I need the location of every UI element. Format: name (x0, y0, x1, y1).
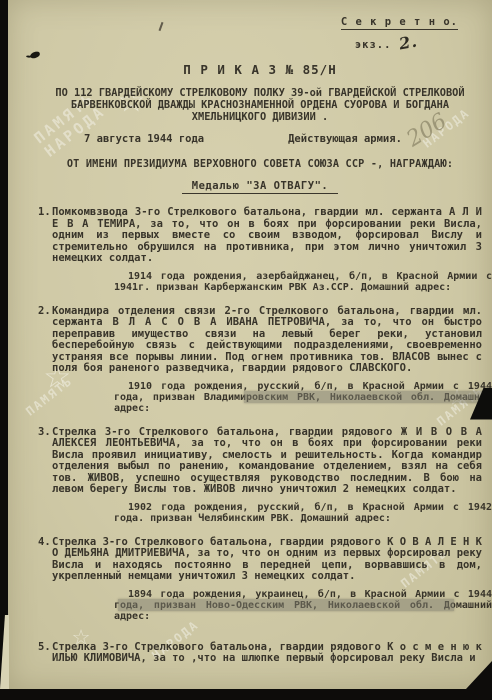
order-date: 7 августа 1944 года (84, 133, 204, 145)
copy-line: экз.. 2. (355, 33, 458, 52)
handwritten-copy-number: 2. (397, 32, 419, 54)
awardee-details: 1910 года рождения, русский, б/п, в Крас… (114, 381, 492, 414)
item-number: 5. (38, 642, 51, 654)
awardee-body: Стрелка 3-го Стрелкового батальона, гвар… (52, 642, 482, 665)
awardee-details: 1902 года рождения, русский, б/п, в Крас… (114, 502, 492, 524)
order-subtitle-line: ПО 112 ГВАРДЕЙСКОМУ СТРЕЛКОВОМУ ПОЛКУ 39… (38, 87, 482, 99)
item-number: 3. (38, 427, 51, 439)
order-subtitle-line: ХМЕЛЬНИЦКОГО ДИВИЗИИ . (38, 111, 482, 123)
redaction-bar (244, 391, 492, 403)
awardee-details: 1894 года рождения, украинец, б/п, в Кра… (114, 589, 492, 622)
preamble: ОТ ИМЕНИ ПРЕЗИДИУМА ВЕРХОВНОГО СОВЕТА СО… (38, 159, 482, 170)
awardee-body: Стрелка 3-го Стрелкового батальона, гвар… (52, 427, 482, 496)
award-item: 3. Стрелка 3-го Стрелкового батальона, г… (38, 427, 482, 524)
underlying-page-edge (0, 615, 9, 689)
item-number: 2. (38, 306, 51, 318)
award-item: 2. Командира отделения связи 2-го Стрелк… (38, 306, 482, 414)
order-subtitle: ПО 112 ГВАРДЕЙСКОМУ СТРЕЛКОВОМУ ПОЛКУ 39… (38, 87, 482, 123)
scanned-document-page: ☆ ПАМЯТЬНАРОДА НАРОДА ☆ ПАМЯТЬ ☆ ПАМЯТЬ … (0, 0, 492, 700)
item-number: 1. (38, 207, 51, 219)
document-content: С е к р е т н о. экз.. 2. 206 П Р И К А … (8, 0, 492, 689)
award-medal: Медалью "ЗА ОТВАГУ". (182, 180, 338, 194)
pen-mark (159, 22, 164, 31)
redaction-bar (118, 599, 454, 611)
award-item: 1. Помкомвзвода 3-го Стрелкового батальо… (38, 207, 482, 293)
copy-label: экз.. (355, 39, 392, 51)
army-note: Действующая армия. (288, 133, 402, 145)
item-number: 4. (38, 537, 51, 549)
award-item: 4. Стрелка 3-го Стрелкового батальона, г… (38, 537, 482, 622)
classification-block: С е к р е т н о. экз.. 2. (341, 16, 458, 52)
classification-stamp: С е к р е т н о. (341, 16, 458, 30)
award-item: 5. Стрелка 3-го Стрелкового батальона, г… (38, 642, 482, 665)
award-line: Медалью "ЗА ОТВАГУ". (38, 180, 482, 194)
order-subtitle-line: БАРВЕНКОВСКОЙ ДВАЖДЫ КРАСНОЗНАМЕННОЙ ОРД… (38, 99, 482, 111)
awardee-body: Стрелка 3-го Стрелкового батальона, гвар… (52, 537, 482, 583)
awardee-body: Командира отделения связи 2-го Стрелково… (52, 306, 482, 375)
awardee-details: 1914 года рождения, азербайджанец, б/п, … (114, 271, 492, 293)
order-title: П Р И К А З № 85/Н (38, 62, 482, 77)
ink-blot (29, 51, 40, 59)
awardee-body: Помкомвзвода 3-го Стрелкового батальона,… (52, 207, 482, 265)
document-paper: ☆ ПАМЯТЬНАРОДА НАРОДА ☆ ПАМЯТЬ ☆ ПАМЯТЬ … (8, 0, 492, 689)
